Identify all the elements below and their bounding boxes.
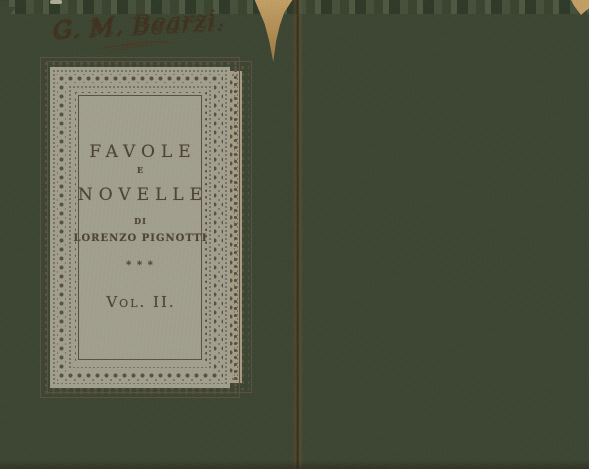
title-novelle: NOVELLE <box>40 185 240 205</box>
decorative-border-frame <box>40 57 240 398</box>
asterism-ornament: * * * <box>40 260 240 271</box>
title-conjunction-e: E <box>40 165 240 175</box>
photo-two-book-covers: G. M. Bearzi. FAVOLE E NOVELLE DI LORENZ… <box>0 0 589 469</box>
center-crease <box>292 0 303 469</box>
paper-speck <box>50 0 62 4</box>
border-inner-rule <box>78 95 202 360</box>
preposition-di: DI <box>40 216 240 226</box>
bottom-shadow <box>0 460 589 469</box>
volume-label: Vol. II. <box>40 293 240 311</box>
author-name: LORENZO PIGNOTTI <box>40 233 240 244</box>
inscription-underline-flourish <box>100 42 156 52</box>
title-favole: FAVOLE <box>40 142 240 162</box>
